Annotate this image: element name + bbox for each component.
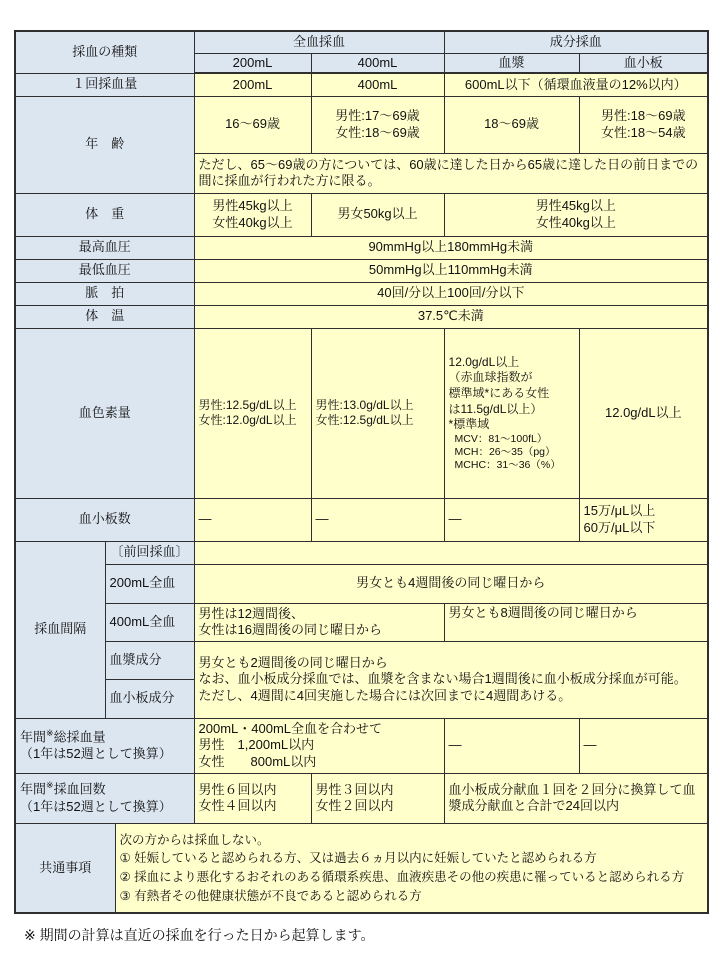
cell-interval-400-whole: 男性は12週間後、 女性は16週間後の同じ曜日から [194,603,444,641]
header-type-label: 採血の種類 [15,31,194,73]
row-label-weight: 体 重 [15,193,194,236]
row-label-bp-diastolic: 最低血圧 [15,259,194,282]
row-label-annual-volume: 年間※総採血量 （1年は52週として換算） [15,718,194,773]
cell-age-plasma: 18～69歳 [444,96,579,153]
header-col-platelet: 血小板 [579,53,708,73]
cell-platelet-count-platelet: 15万/μL以上 60万/μL以下 [579,498,708,541]
cell-annual-volume-platelet: — [579,718,708,773]
cell-hemoglobin-plasma: 12.0g/dL以上 （赤血球指数が 標準域*にある女性 は11.5g/dL以上… [444,328,579,498]
reference-mark: ※ [46,780,54,790]
header-col-200ml: 200mL [194,53,311,73]
annual-volume-label-line1: 年間※総採血量 [20,729,190,746]
cell-interval-component: 男女とも2週間後の同じ曜日から なお、血小板成分採血では、血漿を含まない場合1週… [194,641,708,718]
cell-weight-component: 男性45kg以上 女性40kg以上 [444,193,708,236]
row-label-volume: １回採血量 [15,73,194,96]
cell-volume-component: 600mL以下（循環血液量の12%以内） [444,73,708,96]
cell-annual-count-200: 男性６回以内 女性４回以内 [194,773,311,823]
row-label-platelet-count: 血小板数 [15,498,194,541]
cell-age-400: 男性:17～69歳 女性:18～69歳 [311,96,444,153]
annual-volume-label-line2: （1年は52週として換算） [20,746,190,763]
cell-bp-diastolic: 50mmHg以上110mmHg未満 [194,259,708,282]
row-label-age: 年 齢 [15,96,194,193]
header-col-plasma: 血漿 [444,53,579,73]
cell-annual-volume-plasma: — [444,718,579,773]
cell-volume-200: 200mL [194,73,311,96]
cell-age-platelet: 男性:18～69歳 女性:18～54歳 [579,96,708,153]
header-whole-blood: 全血採血 [194,31,444,53]
cell-hemoglobin-200: 男性:12.5g/dL以上 女性:12.0g/dL以上 [194,328,311,498]
cell-interval-400-component: 男女とも8週間後の同じ曜日から [444,603,708,641]
row-label-pulse: 脈 拍 [15,282,194,305]
row-label-common: 共通事項 [15,823,115,913]
row-label-interval: 採血間隔 [15,541,105,718]
cell-platelet-count-200: — [194,498,311,541]
cell-common-text: 次の方からは採血しない。 ① 妊娠していると認められる方、又は過去６ヵ月以内に妊… [115,823,708,913]
interval-sub-200: 200mL全血 [105,564,194,603]
cell-age-200: 16～69歳 [194,96,311,153]
hemoglobin-plasma-main: 12.0g/dL以上 （赤血球指数が 標準域*にある女性 は11.5g/dL以上… [449,355,575,433]
cell-weight-400: 男女50kg以上 [311,193,444,236]
cell-platelet-count-400: — [311,498,444,541]
header-component: 成分採血 [444,31,708,53]
cell-annual-count-400: 男性３回以内 女性２回以内 [311,773,444,823]
header-col-400ml: 400mL [311,53,444,73]
footnote: ※ 期間の計算は直近の採血を行った日から起算します。 [24,925,375,945]
cell-annual-count-component: 血小板成分献血１回を２回分に換算して血漿成分献血と合計で24回以内 [444,773,708,823]
row-label-annual-count: 年間※採血回数 （1年は52週として換算） [15,773,194,823]
interval-sub-400: 400mL全血 [105,603,194,641]
cell-temperature: 37.5℃未満 [194,305,708,328]
annual-count-label-line2: （1年は52週として換算） [20,799,190,816]
cell-interval-previous [194,541,708,564]
cell-age-note: ただし、65～69歳の方については、60歳に達した日から65歳に達した日の前日ま… [194,153,708,193]
cell-pulse: 40回/分以上100回/分以下 [194,282,708,305]
interval-sub-previous: 〔前回採血〕 [105,541,194,564]
cell-interval-200: 男女とも4週間後の同じ曜日から [194,564,708,603]
cell-hemoglobin-platelet: 12.0g/dL以上 [579,328,708,498]
donation-criteria-table: 採血の種類 全血採血 成分採血 200mL 400mL 血漿 血小板 １回採血量… [14,30,709,914]
interval-sub-platelet: 血小板成分 [105,679,194,718]
cell-platelet-count-plasma: — [444,498,579,541]
row-label-hemoglobin: 血色素量 [15,328,194,498]
hemoglobin-plasma-detail: MCV：81～100fL） MCH：26～35（pg） MCHC：31～36（%… [449,433,575,472]
cell-annual-volume-whole: 200mL・400mL全血を合わせて 男性 1,200mL以内 女性 800mL… [194,718,444,773]
cell-bp-systolic: 90mmHg以上180mmHg未満 [194,236,708,259]
cell-hemoglobin-400: 男性:13.0g/dL以上 女性:12.5g/dL以上 [311,328,444,498]
row-label-bp-systolic: 最高血圧 [15,236,194,259]
annual-count-label-line1: 年間※採血回数 [20,781,190,798]
cell-volume-400: 400mL [311,73,444,96]
reference-mark: ※ [46,728,54,738]
row-label-temperature: 体 温 [15,305,194,328]
interval-sub-plasma: 血漿成分 [105,641,194,679]
cell-weight-200: 男性45kg以上 女性40kg以上 [194,193,311,236]
